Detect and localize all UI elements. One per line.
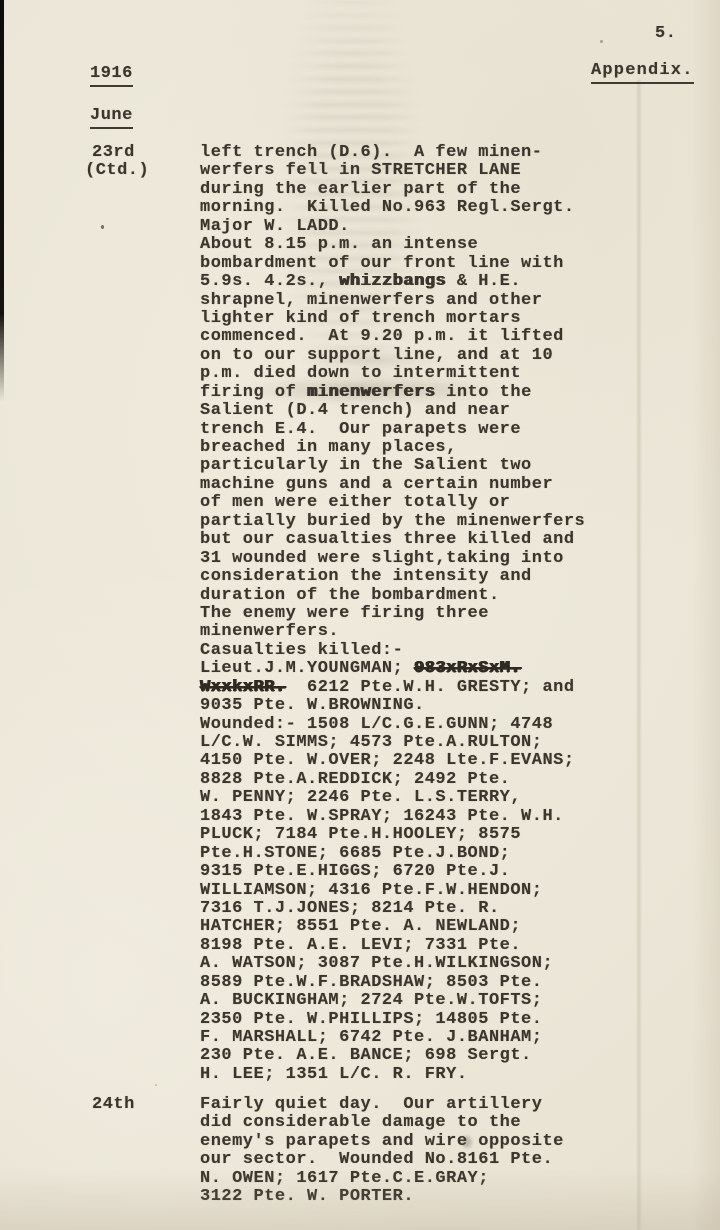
- entry-date-label: (Ctd.): [85, 162, 149, 180]
- diary-line: WxxkxRR. 6212 Pte.W.H. GRESTY; and: [200, 679, 670, 697]
- text-segment: PLUCK; 7184 Pte.H.HOOLEY; 8575: [200, 825, 521, 844]
- diary-line: enemy's parapets and wire opposite: [200, 1133, 670, 1151]
- diary-line: WILLIAMSON; 4316 Pte.F.W.HENDON;: [200, 882, 670, 900]
- diary-line: Fairly quiet day. Our artillery: [200, 1096, 670, 1114]
- diary-line: 8589 Pte.W.F.BRADSHAW; 8503 Pte.: [200, 974, 670, 992]
- text-segment: Lieut.J.M.YOUNGMAN;: [200, 659, 414, 678]
- diary-line: HATCHER; 8551 Pte. A. NEWLAND;: [200, 918, 670, 936]
- diary-line: A. BUCKINGHAM; 2724 Pte.W.TOFTS;: [200, 992, 670, 1010]
- ink-speck: [600, 40, 603, 43]
- diary-line: H. LEE; 1351 L/C. R. FRY.: [200, 1066, 670, 1084]
- text-segment: 230 Pte. A.E. BANCE; 698 Sergt.: [200, 1046, 532, 1065]
- diary-line: 31 wounded were slight,taking into: [200, 550, 670, 568]
- diary-line: PLUCK; 7184 Pte.H.HOOLEY; 8575: [200, 826, 670, 844]
- diary-line: lighter kind of trench mortars: [200, 310, 670, 328]
- text-segment: W. PENNY; 2246 Pte. L.S.TERRY,: [200, 788, 521, 807]
- text-segment: machine guns and a certain number: [200, 475, 553, 494]
- text-segment: firing of: [200, 383, 307, 402]
- diary-line: breached in many places,: [200, 439, 670, 457]
- diary-line: Wounded:- 1508 L/C.G.E.GUNN; 4748: [200, 716, 670, 734]
- text-segment: did considerable damage to the: [200, 1113, 521, 1132]
- diary-line: W. PENNY; 2246 Pte. L.S.TERRY,: [200, 789, 670, 807]
- text-segment: 9315 Pte.E.HIGGS; 6720 Pte.J.: [200, 862, 510, 881]
- text-segment: 31 wounded were slight,taking into: [200, 549, 564, 568]
- year-heading: 1916: [90, 64, 133, 87]
- text-segment: HATCHER; 8551 Pte. A. NEWLAND;: [200, 917, 521, 936]
- text-segment: Wounded:- 1508 L/C.G.E.GUNN; 4748: [200, 715, 553, 734]
- text-segment: whizzbangs: [339, 272, 446, 291]
- text-segment: commenced. At 9.20 p.m. it lifted: [200, 327, 564, 346]
- diary-line: 8198 Pte. A.E. LEVI; 7331 Pte.: [200, 937, 670, 955]
- diary-line: did considerable damage to the: [200, 1114, 670, 1132]
- diary-line: minenwerfers.: [200, 623, 670, 641]
- diary-line: F. MARSHALL; 6742 Pte. J.BANHAM;: [200, 1029, 670, 1047]
- diary-line: 9315 Pte.E.HIGGS; 6720 Pte.J.: [200, 863, 670, 881]
- text-segment: N. OWEN; 1617 Pte.C.E.GRAY;: [200, 1169, 489, 1188]
- entry-body: Fairly quiet day. Our artillerydid consi…: [200, 1096, 670, 1207]
- text-segment: 2350 Pte. W.PHILLIPS; 14805 Pte.: [200, 1010, 542, 1029]
- diary-line: Salient (D.4 trench) and near: [200, 402, 670, 420]
- text-segment: into the: [435, 383, 531, 402]
- diary-line: About 8.15 p.m. an intense: [200, 236, 670, 254]
- diary-line: Lieut.J.M.YOUNGMAN; 983xRxSxM.: [200, 660, 670, 678]
- entry-date-label: 23rd: [92, 144, 149, 162]
- diary-line: 7316 T.J.JONES; 8214 Pte. R.: [200, 900, 670, 918]
- entry-date-label: 24th: [92, 1096, 135, 1114]
- diary-line: The enemy were firing three: [200, 605, 670, 623]
- text-segment: 8589 Pte.W.F.BRADSHAW; 8503 Pte.: [200, 973, 542, 992]
- text-segment: partially buried by the minenwerfers: [200, 512, 585, 531]
- diary-line: 8828 Pte.A.REDDICK; 2492 Pte.: [200, 771, 670, 789]
- diary-line: but our casualties three killed and: [200, 531, 670, 549]
- struck-out-text: WxxkxRR.: [200, 678, 286, 697]
- ink-speck: [101, 225, 104, 229]
- diary-line: 3122 Pte. W. PORTER.: [200, 1188, 670, 1206]
- text-segment: breached in many places,: [200, 438, 457, 457]
- text-segment: lighter kind of trench mortars: [200, 309, 521, 328]
- text-segment: 7316 T.J.JONES; 8214 Pte. R.: [200, 899, 500, 918]
- text-segment: & H.E.: [446, 272, 521, 291]
- diary-line: consideration the intensity and: [200, 568, 670, 586]
- appendix-heading: Appendix.: [591, 61, 694, 84]
- text-segment: minenwerfers.: [200, 622, 339, 641]
- text-segment: A. BUCKINGHAM; 2724 Pte.W.TOFTS;: [200, 991, 542, 1010]
- text-segment: on to our support line, and at 10: [200, 346, 553, 365]
- diary-line: firing of minenwerfers into the: [200, 384, 670, 402]
- text-segment: Salient (D.4 trench) and near: [200, 401, 510, 420]
- diary-line: 4150 Pte. W.OVER; 2248 Lte.F.EVANS;: [200, 752, 670, 770]
- diary-line: 2350 Pte. W.PHILLIPS; 14805 Pte.: [200, 1011, 670, 1029]
- diary-line: particularly in the Salient two: [200, 457, 670, 475]
- diary-line: N. OWEN; 1617 Pte.C.E.GRAY;: [200, 1170, 670, 1188]
- text-segment: morning. Killed No.963 Regl.Sergt.: [200, 198, 575, 217]
- text-segment: 1843 Pte. W.SPRAY; 16243 Pte. W.H.: [200, 807, 564, 826]
- text-segment: 8828 Pte.A.REDDICK; 2492 Pte.: [200, 770, 510, 789]
- diary-line: partially buried by the minenwerfers: [200, 513, 670, 531]
- text-segment: F. MARSHALL; 6742 Pte. J.BANHAM;: [200, 1028, 542, 1047]
- text-segment: trench E.4. Our parapets were: [200, 420, 521, 439]
- diary-line: machine guns and a certain number: [200, 476, 670, 494]
- text-segment: H. LEE; 1351 L/C. R. FRY.: [200, 1065, 468, 1084]
- text-segment: Pte.H.STONE; 6685 Pte.J.BOND;: [200, 844, 510, 863]
- text-segment: of men were either totally or: [200, 493, 510, 512]
- diary-line: morning. Killed No.963 Regl.Sergt.: [200, 199, 670, 217]
- diary-line: duration of the bombardment.: [200, 587, 670, 605]
- diary-line: left trench (D.6). A few minen-: [200, 144, 670, 162]
- entry-date-label-group: 24th: [85, 1096, 135, 1114]
- diary-line: L/C.W. SIMMS; 4573 Pte.A.RULTON;: [200, 734, 670, 752]
- text-segment: minenwerfers: [307, 383, 435, 402]
- struck-out-text: 983xRxSxM.: [414, 659, 521, 678]
- text-segment: duration of the bombardment.: [200, 586, 500, 605]
- text-segment: 4150 Pte. W.OVER; 2248 Lte.F.EVANS;: [200, 751, 575, 770]
- text-segment: particularly in the Salient two: [200, 456, 532, 475]
- text-segment: Fairly quiet day. Our artillery: [200, 1095, 542, 1114]
- text-segment: 6212 Pte.W.H. GRESTY; and: [286, 678, 575, 697]
- text-segment: The enemy were firing three: [200, 604, 489, 623]
- diary-line: shrapnel, minenwerfers and other: [200, 292, 670, 310]
- text-segment: 9035 Pte. W.BROWNING.: [200, 696, 425, 715]
- text-segment: during the earlier part of the: [200, 180, 521, 199]
- month-heading: June: [90, 106, 133, 129]
- text-segment: but our casualties three killed and: [200, 530, 575, 549]
- diary-line: Pte.H.STONE; 6685 Pte.J.BOND;: [200, 845, 670, 863]
- text-segment: shrapnel, minenwerfers and other: [200, 291, 542, 310]
- diary-line: our sector. Wounded No.8161 Pte.: [200, 1151, 670, 1169]
- diary-line: 5.9s. 4.2s., whizzbangs & H.E.: [200, 273, 670, 291]
- diary-line: 230 Pte. A.E. BANCE; 698 Sergt.: [200, 1047, 670, 1065]
- text-segment: consideration the intensity and: [200, 567, 532, 586]
- text-segment: enemy's parapets and wire opposite: [200, 1132, 564, 1151]
- text-segment: bombardment of our front line with: [200, 254, 564, 273]
- diary-line: commenced. At 9.20 p.m. it lifted: [200, 328, 670, 346]
- text-segment: werfers fell in STRETCHER LANE: [200, 161, 521, 180]
- text-segment: left trench (D.6). A few minen-: [200, 143, 542, 162]
- text-segment: Major W. LADD.: [200, 217, 350, 236]
- entry-body: left trench (D.6). A few minen-werfers f…: [200, 144, 670, 1084]
- diary-line: bombardment of our front line with: [200, 255, 670, 273]
- ink-speck: [155, 1084, 157, 1086]
- diary-line: Casualties killed:-: [200, 642, 670, 660]
- text-segment: 5.9s. 4.2s.,: [200, 272, 339, 291]
- text-segment: p.m. died down to intermittent: [200, 364, 521, 383]
- page-number: 5.: [655, 24, 676, 43]
- diary-line: 9035 Pte. W.BROWNING.: [200, 697, 670, 715]
- diary-line: of men were either totally or: [200, 494, 670, 512]
- scan-edge-artifact: [0, 0, 4, 402]
- diary-line: werfers fell in STRETCHER LANE: [200, 162, 670, 180]
- diary-line: trench E.4. Our parapets were: [200, 421, 670, 439]
- text-segment: A. WATSON; 3087 Pte.H.WILKINGSON;: [200, 954, 553, 973]
- diary-line: Major W. LADD.: [200, 218, 670, 236]
- diary-line: p.m. died down to intermittent: [200, 365, 670, 383]
- text-segment: 3122 Pte. W. PORTER.: [200, 1187, 414, 1206]
- diary-line: on to our support line, and at 10: [200, 347, 670, 365]
- entry-date-label-group: 23rd(Ctd.): [85, 144, 149, 181]
- diary-line: A. WATSON; 3087 Pte.H.WILKINGSON;: [200, 955, 670, 973]
- text-segment: 8198 Pte. A.E. LEVI; 7331 Pte.: [200, 936, 521, 955]
- text-segment: Casualties killed:-: [200, 641, 403, 660]
- text-segment: WILLIAMSON; 4316 Pte.F.W.HENDON;: [200, 881, 542, 900]
- text-segment: our sector. Wounded No.8161 Pte.: [200, 1150, 553, 1169]
- diary-line: 1843 Pte. W.SPRAY; 16243 Pte. W.H.: [200, 808, 670, 826]
- diary-line: during the earlier part of the: [200, 181, 670, 199]
- text-segment: L/C.W. SIMMS; 4573 Pte.A.RULTON;: [200, 733, 542, 752]
- diary-page: 5. 1916 Appendix. June 23rd(Ctd.) left t…: [0, 0, 720, 1230]
- text-segment: About 8.15 p.m. an intense: [200, 235, 478, 254]
